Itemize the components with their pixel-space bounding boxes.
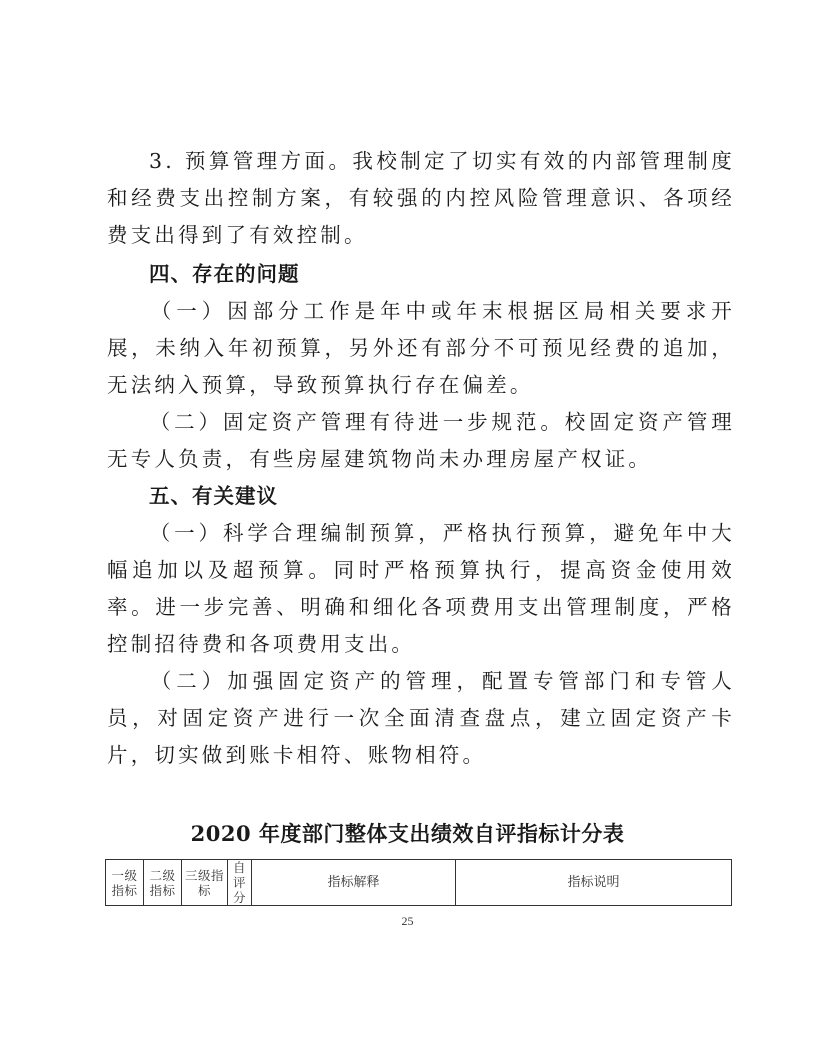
- section-heading-suggestions: 五、有关建议: [149, 478, 278, 515]
- table-header-row: 一级指标 二级指标 三级指标 自评分 指标解释 指标说明: [106, 860, 732, 906]
- paragraph-text: （一）因部分工作是年中或年末根据区局相关要求开展，未纳入年初预算，另外还有部分不…: [107, 299, 735, 397]
- header-level1-indicator: 一级指标: [106, 860, 144, 906]
- paragraph-text: （一）科学合理编制预算，严格执行预算，避免年中大幅追加以及超预算。同时严格预算执…: [107, 521, 735, 656]
- paragraph-text: （二）固定资产管理有待进一步规范。校固定资产管理无专人负责，有些房屋建筑物尚未办…: [107, 410, 735, 471]
- section-heading-problems: 四、存在的问题: [149, 256, 300, 293]
- document-page: 3. 预算管理方面。我校制定了切实有效的内部管理制度和经费支出控制方案，有较强的…: [0, 0, 815, 1055]
- problem-item-2: （二）固定资产管理有待进一步规范。校固定资产管理无专人负责，有些房屋建筑物尚未办…: [107, 404, 735, 478]
- paragraph-budget-management: 3. 预算管理方面。我校制定了切实有效的内部管理制度和经费支出控制方案，有较强的…: [107, 143, 735, 254]
- page-number: 25: [0, 914, 815, 929]
- table-title: 2020 年度部门整体支出绩效自评指标计分表: [0, 818, 815, 848]
- paragraph-text: 3. 预算管理方面。我校制定了切实有效的内部管理制度和经费支出控制方案，有较强的…: [107, 149, 735, 247]
- header-indicator-description: 指标说明: [456, 860, 732, 906]
- score-table: 一级指标 二级指标 三级指标 自评分 指标解释 指标说明: [105, 859, 732, 906]
- suggestion-item-1: （一）科学合理编制预算，严格执行预算，避免年中大幅追加以及超预算。同时严格预算执…: [107, 515, 735, 663]
- header-level2-indicator: 二级指标: [144, 860, 182, 906]
- header-self-score: 自评分: [228, 860, 252, 906]
- paragraph-text: （二）加强固定资产的管理，配置专管部门和专管人员，对固定资产进行一次全面清查盘点…: [107, 669, 735, 767]
- header-level3-indicator: 三级指标: [182, 860, 228, 906]
- problem-item-1: （一）因部分工作是年中或年末根据区局相关要求开展，未纳入年初预算，另外还有部分不…: [107, 293, 735, 404]
- header-indicator-explanation: 指标解释: [252, 860, 456, 906]
- suggestion-item-2: （二）加强固定资产的管理，配置专管部门和专管人员，对固定资产进行一次全面清查盘点…: [107, 663, 735, 774]
